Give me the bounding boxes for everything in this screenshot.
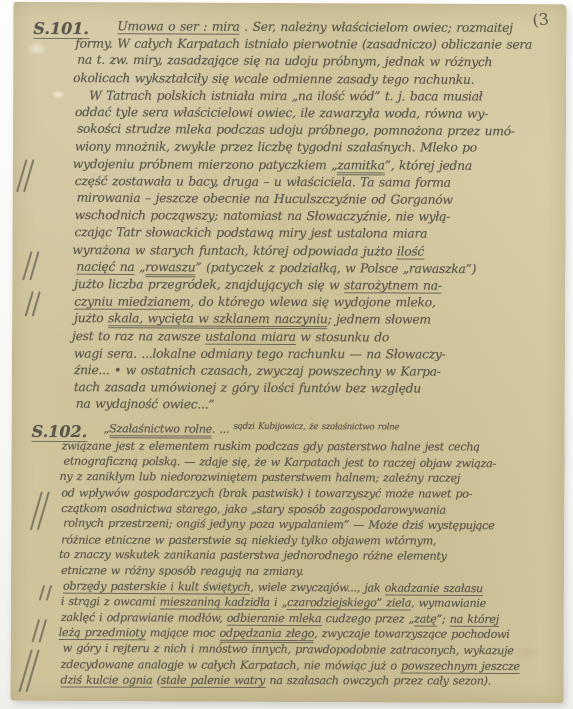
underlined-phrase: czyniu miedzianem — [74, 295, 190, 310]
text-run: ; jednem słowem — [328, 313, 431, 327]
handwritten-line: różnice etniczne w pasterstwie są niekie… — [61, 532, 558, 549]
handwritten-line: jest to raz na zawsze ustalona miara w s… — [72, 328, 557, 347]
handwritten-line: okolicach wykształciły się wcale odmienn… — [73, 70, 558, 89]
manuscript-text: S.101.Umowa o ser : mira . Ser, należny … — [10, 2, 566, 703]
margin-emphasis-mark — [25, 649, 39, 693]
handwritten-line: źnie... • w ostatnich czasach, zwyczaj p… — [74, 362, 559, 381]
underlined-phrase: zamitka — [337, 158, 384, 175]
text-run: wiony mnożnik, zwykle przez liczbę tygod… — [75, 140, 477, 155]
text-run: cudzego przez „ — [321, 612, 414, 625]
text-run: jużto liczba przegródek, znajdujących si… — [74, 277, 344, 292]
underlined-phrase: starożytnem na- — [344, 278, 442, 293]
underlined-phrase: ustalona miara — [205, 329, 296, 344]
underlined-phrase: rowaszu — [145, 260, 195, 277]
text-run: oddać tyle sera właścicielowi owiec, ile… — [75, 105, 488, 121]
handwritten-line: i strągi z owcami mieszaniną kadzidła i … — [61, 594, 558, 612]
handwritten-line: nacięć na „rowaszu” (patyczek z podziałk… — [76, 258, 561, 278]
handwritten-line: czając Tatr słowackich podstawą miry jes… — [74, 225, 559, 244]
underlined-phrase: odbieranie mleka — [227, 612, 322, 626]
underlined-phrase: ilość — [397, 244, 424, 259]
text-run: wydojeniu próbnem mierzono patyczkiem „ — [73, 157, 338, 172]
text-run: to znaczy wskutek zanikania pasterstwa j… — [59, 548, 447, 563]
handwritten-line: wagi sera. ...lokalne odmiany tego rachu… — [74, 345, 559, 363]
section-s101: S.101.Umowa o ser : mira . Ser, należny … — [74, 18, 561, 416]
underlined-phrase: obrzędy pasterskie i kult świętych — [63, 579, 251, 594]
handwritten-line: W Tatrach polskich istniała mira „na ilo… — [75, 87, 560, 105]
text-run: związane jest z elementem ruskim podczas… — [62, 440, 480, 454]
text-run: mające moc — [145, 627, 219, 640]
text-run: jużto — [74, 312, 108, 326]
text-run: sokości strudze mleka podczas udoju prób… — [77, 122, 515, 139]
handwritten-line: Umowa o ser : mira . Ser, należny właści… — [75, 18, 560, 37]
text-run: etnograficzną polską. — zdaje się, że w … — [63, 454, 495, 470]
text-run: na szałasach owczych przez cały sezon). — [265, 674, 491, 688]
text-run: okolicach wykształciły się wcale odmienn… — [73, 71, 474, 87]
manuscript-page: (3 S.101.Umowa o ser : mira . Ser, należ… — [10, 2, 566, 703]
underlined-phrase: nacięć na — [76, 259, 134, 274]
text-run: ”, której jedna — [385, 158, 472, 172]
text-run: „ — [134, 260, 145, 274]
text-run: W Tatrach polskich istniała mira „na ilo… — [89, 88, 482, 103]
text-run: na wydajność owiec...” — [76, 397, 215, 412]
underlined-phrase: skala, wycięta w szklanem naczyniu — [108, 312, 328, 330]
margin-emphasis-mark — [35, 491, 49, 531]
underlined-phrase: powszechnym jeszcze — [401, 659, 520, 674]
margin-emphasis-mark — [28, 291, 42, 317]
handwritten-line: „Szałaśnictwo rolne. ... sądzi Kubijowic… — [62, 421, 559, 441]
handwritten-line: dziś kulcie ognia (stałe palenie watry n… — [61, 673, 558, 690]
handwritten-line: od wpływów gospodarczych (brak pastwisk)… — [61, 486, 558, 503]
underlined-phrase: stałe palenie watry — [161, 674, 265, 688]
text-run: . ... — [212, 422, 234, 435]
underlined-phrase: zatę — [414, 612, 437, 626]
handwritten-line: w góry i rejteru z nich i mnóstwo innych… — [63, 641, 560, 660]
text-run: i „ — [270, 596, 287, 609]
handwritten-line: jużto skala, wycięta w szklanem naczyniu… — [74, 311, 559, 330]
text-run: , do którego wlewa się wydojone mleko, — [190, 295, 435, 310]
handwritten-line: czyniu miedzianem, do którego wlewa się … — [74, 294, 559, 312]
handwritten-line: wschodnich począwszy; natomiast na Słowa… — [75, 207, 560, 226]
handwritten-line: wydojeniu próbnem mierzono patyczkiem „z… — [73, 156, 558, 175]
underlined-phrase: okadzanie szałasu — [385, 581, 483, 596]
text-run: mirowania – jeszcze obecnie na Huculszcz… — [77, 191, 453, 207]
handwritten-line: ny z zanikłym lub niedorozwiniętem paste… — [59, 469, 556, 487]
section-s102: S.102.„Szałaśnictwo rolne. ... sądzi Kub… — [61, 421, 559, 690]
underlined-phrase: Umowa o ser : mira — [117, 19, 239, 35]
text-run: formy. W całych Karpatach istniało pierw… — [75, 37, 532, 52]
text-run: czątkom osadnictwa starego, jako „stary … — [61, 502, 446, 517]
scanned-manuscript: (3 S.101.Umowa o ser : mira . Ser, należ… — [0, 0, 573, 709]
text-run: na t. zw. miry, zasadzające się na udoju… — [77, 53, 492, 70]
underlined-phrase: mieszaniną kadzidła — [160, 596, 270, 610]
handwritten-line: rolnych przestrzeni; ongiś jedyny poza w… — [63, 516, 560, 535]
text-run: wagi sera. ...lokalne odmiany tego rachu… — [74, 346, 446, 361]
handwritten-line: to znaczy wskutek zanikania pasterstwa j… — [59, 547, 556, 565]
margin-emphasis-mark — [41, 585, 55, 601]
text-run: ( — [152, 674, 160, 687]
text-run: zdecydowane analogje w całych Karpatach,… — [61, 658, 401, 672]
underlined-phrase: Szałaśnictwo rolne — [109, 422, 212, 438]
text-run: część zostawała u bacy, druga – u właści… — [75, 174, 451, 190]
text-run: wschodnich począwszy; natomiast na Słowa… — [75, 208, 451, 224]
handwritten-line: obrzędy pasterskie i kult świętych, wiel… — [63, 578, 560, 597]
handwritten-line: wiony mnożnik, zwykle przez liczbę tygod… — [75, 139, 560, 157]
underlined-phrase: czarodziejskiego” ziela — [287, 596, 411, 611]
text-run: jest to raz na zawsze — [72, 329, 205, 344]
underlined-phrase: dziś kulcie ognia — [61, 674, 153, 688]
text-run: „ — [104, 422, 110, 435]
margin-emphasis-mark — [26, 251, 40, 281]
handwritten-line: jużto liczba przegródek, znajdujących si… — [74, 276, 559, 295]
text-run: od wpływów gospodarczych (brak pastwisk)… — [61, 487, 472, 501]
text-run: sądzi Kubijowicz, że szałaśnictwo rolne — [233, 421, 399, 432]
margin-emphasis-mark — [35, 619, 49, 643]
text-run: różnice etniczne w pasterstwie są niekie… — [61, 533, 436, 547]
text-run: , wymawianie — [411, 597, 486, 610]
handwritten-line: zdecydowane analogje w całych Karpatach,… — [61, 657, 558, 675]
text-run: rolnych przestrzeni; ongiś jedyny poza w… — [63, 517, 494, 533]
text-run: ” (patyczek z podziałką, w Polsce „rawas… — [195, 260, 476, 276]
text-run: , zwyczaje towarzyszące pochodowi — [314, 628, 509, 642]
underlined-phrase: leżą przedmioty — [59, 626, 146, 640]
text-run: , wiele zwyczajów..., jak — [250, 580, 384, 594]
text-run: zaklęć i odprawianie modłów, — [61, 611, 227, 625]
text-run: etniczne w różny sposób reagują na zmian… — [61, 564, 303, 578]
handwritten-line: mirowania – jeszcze obecnie na Huculszcz… — [77, 190, 562, 210]
margin-emphasis-mark — [21, 159, 35, 193]
text-run: wyrażona w starych funtach, której odpow… — [72, 243, 396, 258]
text-run: w góry i rejteru z nich i mnóstwo innych… — [63, 642, 514, 658]
text-run: ny z zanikłym lub niedorozwiniętem paste… — [59, 470, 460, 485]
handwritten-line: na wydajność owiec...” — [76, 396, 561, 416]
text-run: czając Tatr słowackich podstawą miry jes… — [74, 226, 427, 242]
text-run: źnie... • w ostatnich czasach, zwyczaj p… — [74, 363, 441, 379]
text-run: w stosunku do — [296, 330, 389, 344]
text-run: tach zasada umówionej z góry ilości funt… — [74, 380, 421, 396]
text-run: i strągi z owcami — [61, 595, 160, 608]
underlined-phrase: na której — [450, 613, 499, 627]
text-run: ”; — [437, 612, 450, 625]
handwritten-line: związane jest z elementem ruskim podczas… — [62, 439, 559, 456]
text-run: . Ser, należny właścicielom owiec; rozma… — [240, 20, 513, 35]
